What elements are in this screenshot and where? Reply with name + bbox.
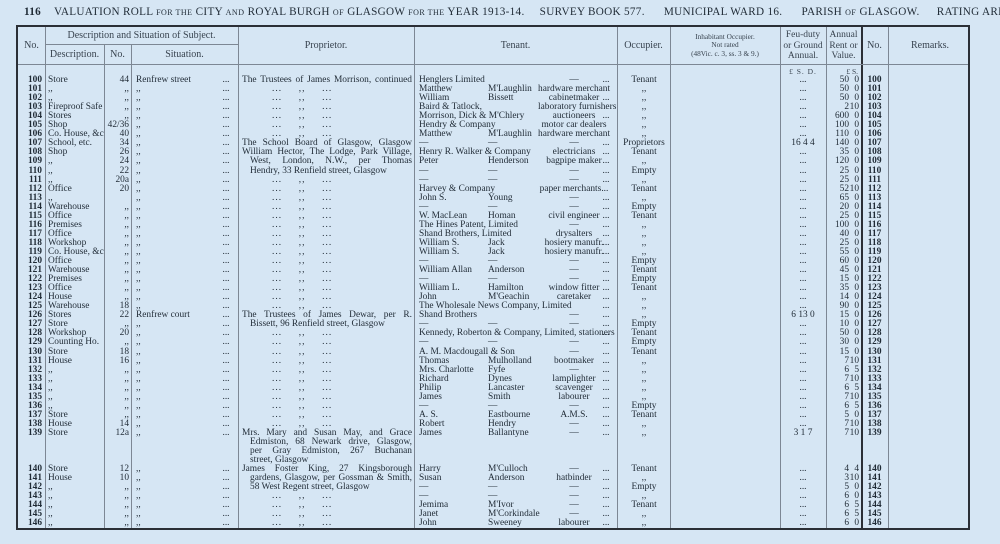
situation-dots: ... [216, 518, 236, 529]
header-number: No. [104, 49, 131, 60]
header-situation: Situation. [131, 49, 238, 60]
survey-book: SURVEY BOOK 577. [540, 6, 645, 18]
rent-pounds: 6 [826, 518, 849, 529]
header-feu-duty: Feu-duty or Ground Annual. [780, 30, 826, 62]
situation: ,, [136, 518, 216, 529]
street-number: ,, [104, 518, 129, 529]
row-number-right: 146 [861, 518, 888, 529]
header-tenant: Tenant. [414, 40, 617, 51]
feu-duty: ... [780, 518, 826, 529]
header-description: Description. [45, 49, 104, 60]
header-description-situation: Description and Situation of Subject. [45, 30, 238, 41]
header-remarks: Remarks. [888, 40, 972, 51]
header-proprietor: Proprietor. [238, 40, 414, 51]
table-row: 146,,,,,,...... ,, ...JohnSweeneylaboure… [18, 518, 972, 529]
header-no-right: No. [861, 40, 888, 51]
tenant-dots: ... [596, 518, 616, 529]
description: ,, [48, 518, 104, 529]
tenant-forename: John [419, 518, 495, 529]
proprietor: ... ,, ... [242, 518, 442, 529]
header-annual-rent: Annual Rent or Value. [826, 30, 861, 62]
rating-area: RATING AREA—GLASGOW. [937, 6, 1000, 18]
occupier: ,, [618, 518, 670, 529]
rent-shillings: 0 [847, 518, 859, 529]
page-number: 116 [24, 6, 41, 18]
valuation-table: No. Description and Situation of Subject… [16, 25, 970, 530]
page-title: 116 VALUATION ROLL FOR THE CITY AND ROYA… [24, 6, 984, 22]
municipal-ward: MUNICIPAL WARD 16. [664, 6, 782, 18]
header-no: No. [18, 40, 45, 51]
header-inhabitant-occupier: Inhabitant Occupier. Not rated (48Vic. c… [670, 33, 780, 58]
header-occupier: Occupier. [617, 40, 670, 51]
row-number: 146 [20, 518, 42, 529]
